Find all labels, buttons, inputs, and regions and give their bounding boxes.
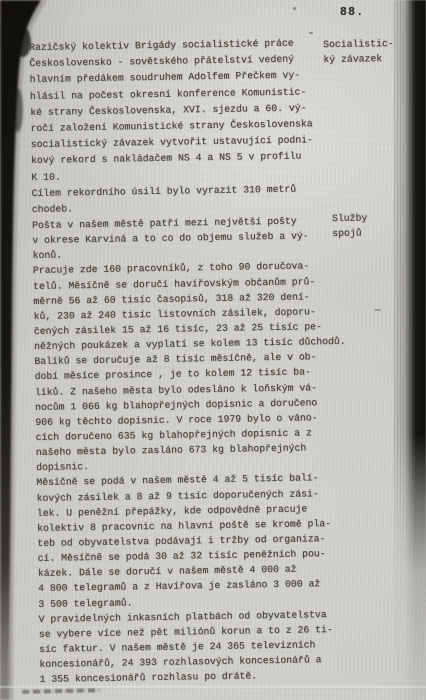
- margin-note-sluzby-spoju: Službyspojů: [332, 211, 368, 241]
- body-text-column: Razičský kolektiv Brigády socialistické …: [29, 34, 422, 688]
- page-number: 88.: [340, 6, 364, 20]
- paper-speck: [293, 7, 296, 10]
- paragraph-2: Pošta v našem městě patří mezi největší …: [32, 212, 422, 688]
- scanned-document-page: 88. Razičský kolektiv Brigády socialisti…: [0, 0, 426, 700]
- margin-note-line: ký závazek: [323, 52, 394, 68]
- margin-note-line: Služby: [332, 211, 368, 226]
- typewritten-content: Razičský kolektiv Brigády socialistické …: [29, 34, 422, 688]
- margin-note-socialisticky-zavazek: Socialistic-ký závazek: [323, 37, 394, 68]
- margin-note-line: Socialistic-: [323, 37, 394, 53]
- paper-speck: [309, 32, 313, 34]
- ink-smudge: [22, 688, 100, 693]
- margin-note-line: spojů: [332, 226, 368, 241]
